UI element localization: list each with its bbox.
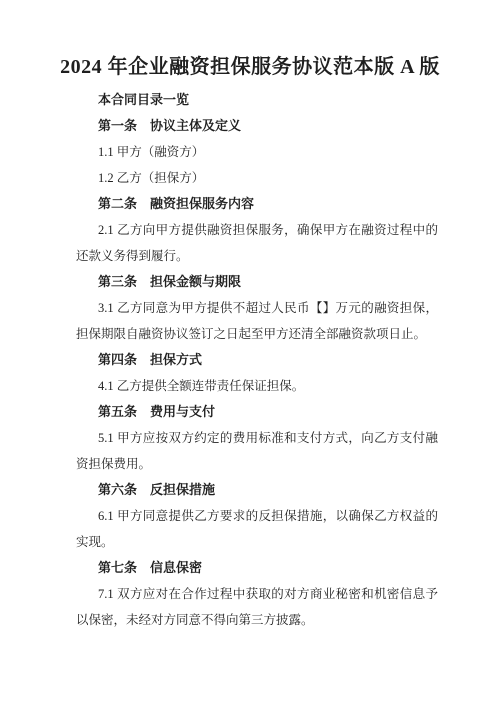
section-heading: 第一条 协议主体及定义 <box>76 113 438 139</box>
section-paragraphs: 5.1 甲方应按双方约定的费用标准和支付方式，向乙方支付融资担保费用。 <box>76 425 438 477</box>
section-paragraph: 5.1 甲方应按双方约定的费用标准和支付方式，向乙方支付融资担保费用。 <box>76 425 438 477</box>
sections-container: 第一条 协议主体及定义 1.1 甲方（融资方）1.2 乙方（担保方） 第二条 融… <box>76 113 438 633</box>
section-paragraph: 6.1 甲方同意提供乙方要求的反担保措施，以确保乙方权益的实现。 <box>76 503 438 555</box>
section-paragraphs: 2.1 乙方向甲方提供融资担保服务，确保甲方在融资过程中的还款义务得到履行。 <box>76 217 438 269</box>
contract-section: 第五条 费用与支付 5.1 甲方应按双方约定的费用标准和支付方式，向乙方支付融资… <box>76 399 438 477</box>
section-paragraph: 4.1 乙方提供全额连带责任保证担保。 <box>76 373 438 399</box>
document-page: 2024 年企业融资担保服务协议范本版 A 版 本合同目录一览 第一条 协议主体… <box>0 0 500 707</box>
toc-label: 本合同目录一览 <box>76 87 438 113</box>
section-heading: 第六条 反担保措施 <box>76 477 438 503</box>
section-paragraphs: 6.1 甲方同意提供乙方要求的反担保措施，以确保乙方权益的实现。 <box>76 503 438 555</box>
document-title: 2024 年企业融资担保服务协议范本版 A 版 <box>30 52 470 82</box>
contract-section: 第六条 反担保措施 6.1 甲方同意提供乙方要求的反担保措施，以确保乙方权益的实… <box>76 477 438 555</box>
section-heading: 第四条 担保方式 <box>76 347 438 373</box>
contract-section: 第二条 融资担保服务内容 2.1 乙方向甲方提供融资担保服务，确保甲方在融资过程… <box>76 191 438 269</box>
contract-section: 第三条 担保金额与期限 3.1 乙方同意为甲方提供不超过人民币【】万元的融资担保… <box>76 269 438 347</box>
section-heading: 第三条 担保金额与期限 <box>76 269 438 295</box>
section-paragraphs: 7.1 双方应对在合作过程中获取的对方商业秘密和机密信息予以保密，未经对方同意不… <box>76 581 438 633</box>
section-paragraph: 2.1 乙方向甲方提供融资担保服务，确保甲方在融资过程中的还款义务得到履行。 <box>76 217 438 269</box>
section-paragraphs: 3.1 乙方同意为甲方提供不超过人民币【】万元的融资担保，担保期限自融资协议签订… <box>76 295 438 347</box>
contract-section: 第一条 协议主体及定义 1.1 甲方（融资方）1.2 乙方（担保方） <box>76 113 438 191</box>
section-paragraphs: 1.1 甲方（融资方）1.2 乙方（担保方） <box>76 139 438 191</box>
section-paragraph: 1.2 乙方（担保方） <box>76 165 438 191</box>
section-paragraphs: 4.1 乙方提供全额连带责任保证担保。 <box>76 373 438 399</box>
contract-section: 第四条 担保方式 4.1 乙方提供全额连带责任保证担保。 <box>76 347 438 399</box>
contract-section: 第七条 信息保密 7.1 双方应对在合作过程中获取的对方商业秘密和机密信息予以保… <box>76 555 438 633</box>
document-body: 本合同目录一览 第一条 协议主体及定义 1.1 甲方（融资方）1.2 乙方（担保… <box>0 87 500 633</box>
section-heading: 第五条 费用与支付 <box>76 399 438 425</box>
section-heading: 第二条 融资担保服务内容 <box>76 191 438 217</box>
section-heading: 第七条 信息保密 <box>76 555 438 581</box>
section-paragraph: 1.1 甲方（融资方） <box>76 139 438 165</box>
section-paragraph: 3.1 乙方同意为甲方提供不超过人民币【】万元的融资担保，担保期限自融资协议签订… <box>76 295 438 347</box>
section-paragraph: 7.1 双方应对在合作过程中获取的对方商业秘密和机密信息予以保密，未经对方同意不… <box>76 581 438 633</box>
